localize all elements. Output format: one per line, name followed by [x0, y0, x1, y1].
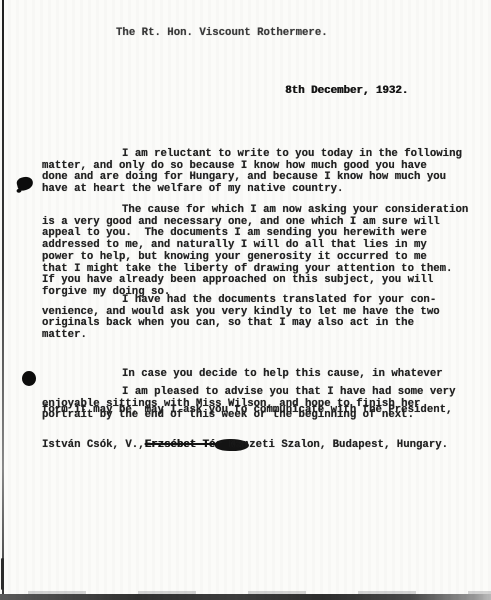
scan-left-edge-mark	[1, 558, 4, 590]
paragraph-cause-consideration: The cause for which I am now asking your…	[42, 205, 476, 299]
ink-blot-lower	[22, 371, 36, 386]
address-line: István Csók, V.,Erzsébet-Tér Nemzeti Sza…	[42, 440, 476, 452]
scan-bottom-edge-band	[0, 594, 491, 600]
paragraph-reluctant-to-write: I am reluctant to write to you today in …	[42, 149, 476, 196]
ink-blot-upper	[16, 175, 35, 191]
struck-out-text: Erzsébet-Té	[145, 439, 216, 451]
scan-left-edge-line	[2, 0, 4, 600]
paragraph-documents-translated: I have had the documents translated for …	[42, 295, 476, 342]
address-prefix: István Csók, V.,	[42, 439, 145, 451]
paragraph-portrait-sittings: I am pleased to advise you that I have h…	[42, 387, 476, 422]
address-suffix: zeti Szalon, Budapest, Hungary.	[249, 439, 448, 451]
ink-overtype-blot: r Nem	[215, 439, 249, 451]
paragraph-line: In case you decide to help this cause, i…	[42, 369, 476, 381]
date-line: 8th December, 1932.	[285, 85, 408, 97]
scanned-letter-page: The Rt. Hon. Viscount Rothermere. 8th De…	[0, 0, 491, 600]
recipient-line: The Rt. Hon. Viscount Rothermere.	[116, 27, 328, 39]
